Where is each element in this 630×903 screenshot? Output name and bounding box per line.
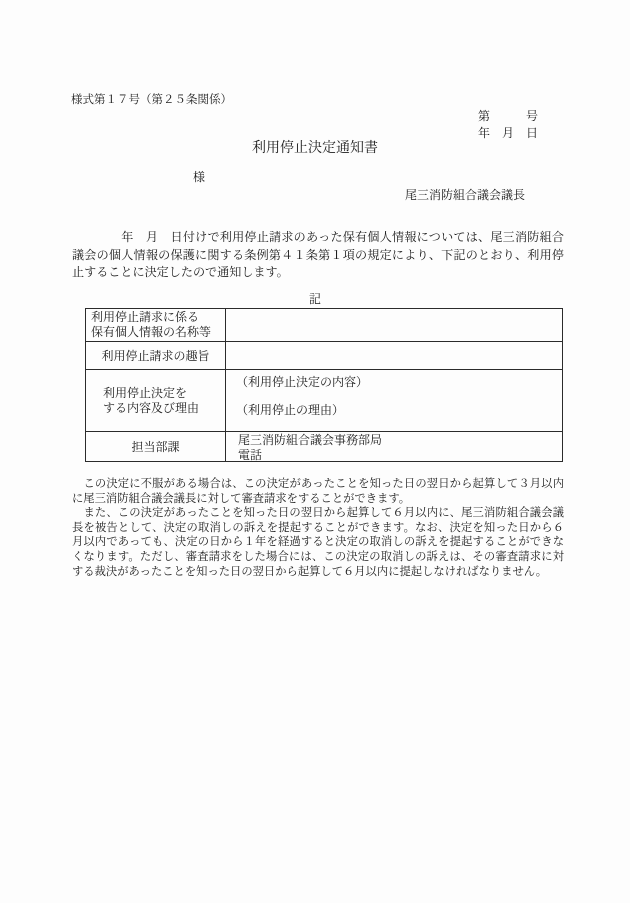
appeal-notes-paragraphs: この決定に不服がある場合は、この決定があったことを知った日の翌日から起算して３月… xyxy=(72,477,564,579)
row-label: 利用停止請求の趣旨 xyxy=(86,342,226,369)
row-value-empty xyxy=(226,309,562,341)
document-number-line: 第 号 xyxy=(478,109,538,124)
row-value-line: 電話 xyxy=(238,448,558,463)
document-date-line: 年 月 日 xyxy=(478,126,538,141)
appeal-note-line: 月以内であっても、決定の日から１年を経過すると決定の取消しの訴えを提起することが… xyxy=(72,535,564,550)
row-value-empty xyxy=(226,342,562,369)
row-value: 尾三消防組合議会事務部局 電話 xyxy=(226,432,562,461)
row-value-line: 尾三消防組合議会事務部局 xyxy=(238,433,558,448)
sender-name: 尾三消防組合議会議長 xyxy=(405,188,525,203)
row-label: 担当部課 xyxy=(86,432,226,461)
appeal-note-line: に尾三消防組合議会議長に対して審査請求をすることができます。 xyxy=(72,492,564,507)
row-value-line: （利用停止の理由） xyxy=(236,403,558,417)
appeal-note-line: また、この決定があったことを知った日の翌日から起算して６月以内に、尾三消防組合議… xyxy=(72,506,564,521)
row-label-line: 担当部課 xyxy=(131,438,179,455)
addressee-honorific: 様 xyxy=(193,170,205,185)
body-line: 止することに決定したので通知します。 xyxy=(72,264,564,282)
appeal-note-line: 長を被告として、決定の取消しの訴えを提起することができます。なお、決定を知った日… xyxy=(72,521,564,536)
table-row-personal-info-name: 利用停止請求に係る 保有個人情報の名称等 xyxy=(86,309,562,341)
document-page: 様式第１７号（第２５条関係） 第 号 年 月 日 利用停止決定通知書 様 尾三消… xyxy=(0,0,630,903)
appeal-note-line: この決定に不服がある場合は、この決定があったことを知った日の翌日から起算して３月… xyxy=(72,477,564,492)
table-row-department: 担当部課 尾三消防組合議会事務部局 電話 xyxy=(86,431,562,461)
form-number: 様式第１７号（第２５条関係） xyxy=(71,93,232,108)
table-row-decision-content-reason: 利用停止決定を する内容及び理由 （利用停止決定の内容） （利用停止の理由） xyxy=(86,369,562,431)
row-label-line: 利用停止請求の趣旨 xyxy=(101,347,209,364)
body-line: 年 月 日付けで利用停止請求のあった保有個人情報については、尾三消防組合 xyxy=(72,229,564,247)
row-label: 利用停止決定を する内容及び理由 xyxy=(86,370,226,431)
row-label-line: する内容及び理由 xyxy=(103,401,225,416)
row-label-line: 利用停止決定を xyxy=(103,386,225,401)
table-row-request-purpose: 利用停止請求の趣旨 xyxy=(86,341,562,369)
row-label-line: 保有個人情報の名称等 xyxy=(91,325,223,340)
value-spacer xyxy=(236,389,558,403)
appeal-note-line: くなります。ただし、審査請求をした場合には、この決定の取消しの訴えは、その審査請… xyxy=(72,550,564,565)
ki-heading: 記 xyxy=(0,292,630,307)
row-label-line: 利用停止請求に係る xyxy=(91,310,223,325)
row-label: 利用停止請求に係る 保有個人情報の名称等 xyxy=(86,309,226,341)
row-value-line: （利用停止決定の内容） xyxy=(236,375,558,389)
appeal-note-line: する裁決があったことを知った日の翌日から起算して６月以内に提起しなければなりませ… xyxy=(72,565,564,580)
body-paragraph: 年 月 日付けで利用停止請求のあった保有個人情報については、尾三消防組合 議会の… xyxy=(72,229,564,282)
body-line: 議会の個人情報の保護に関する条例第４１条第１項の規定により、下記のとおり、利用停 xyxy=(72,247,564,265)
details-table: 利用停止請求に係る 保有個人情報の名称等 利用停止請求の趣旨 利用停止決定を す… xyxy=(85,308,563,462)
row-value: （利用停止決定の内容） （利用停止の理由） xyxy=(226,370,562,431)
document-title: 利用停止決定通知書 xyxy=(0,140,630,158)
